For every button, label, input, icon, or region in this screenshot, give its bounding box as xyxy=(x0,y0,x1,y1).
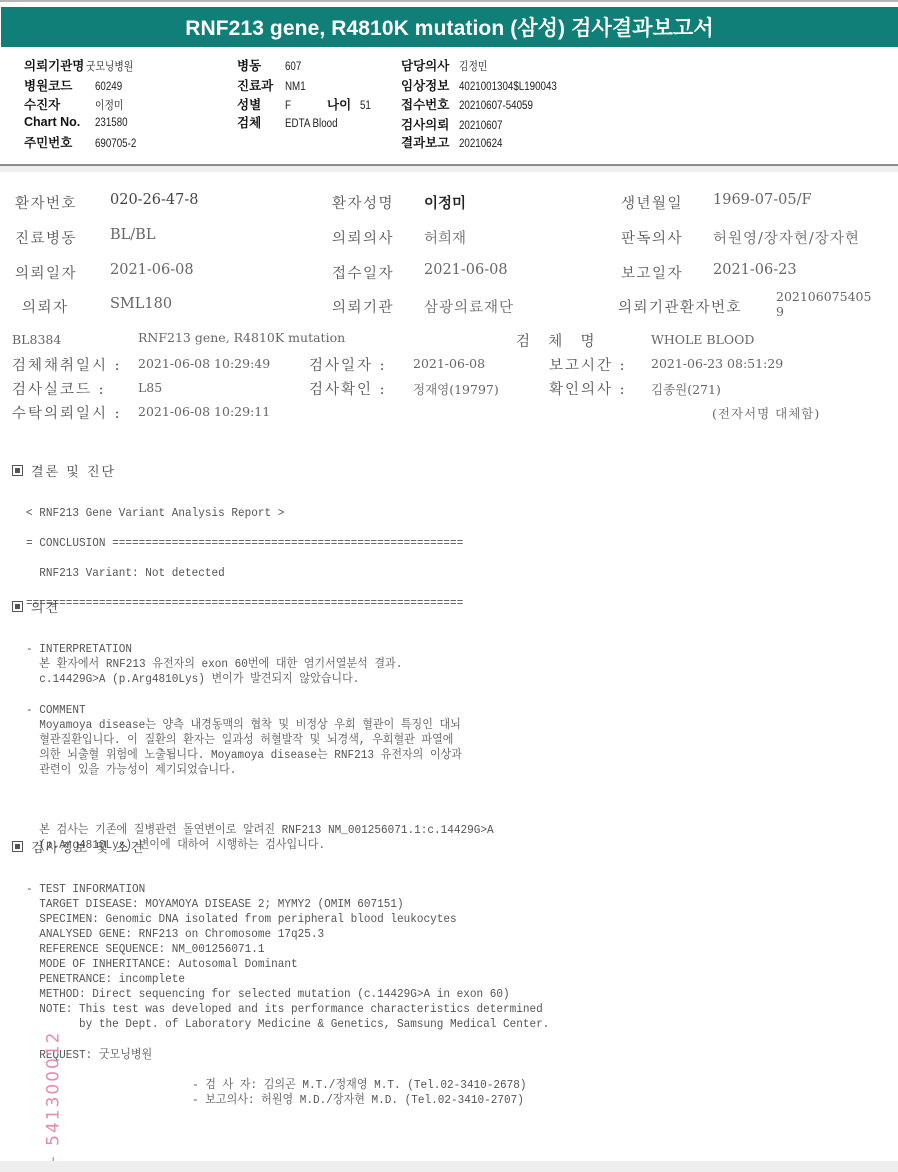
summary-info: 의뢰기관명 굿모닝병원 병원코드 60249 수진자 이정미 Chart No.… xyxy=(0,52,898,162)
summary-result-report: 결과보고 20210624 xyxy=(401,133,510,151)
section-opinion: 의견 xyxy=(12,597,60,616)
label-collection-time: 검체채취일시 : xyxy=(12,354,122,375)
esign-note: (전자서명 대체함) xyxy=(712,404,820,422)
interpretation-block: - INTERPRETATION 본 환자에서 RNF213 유전자의 exon… xyxy=(12,627,435,687)
section-conclusion: 결론 및 진단 xyxy=(12,461,116,480)
summary-chart-no: Chart No. 231580 xyxy=(24,115,133,129)
summary-sex: 성별 F xyxy=(237,95,292,113)
value-specimen-name: WHOLE BLOOD xyxy=(651,332,754,347)
label-ward: 진료병동 xyxy=(15,227,77,248)
section-box-icon xyxy=(12,465,23,476)
section-heading-conclusion: 결론 및 진단 xyxy=(12,461,116,480)
label-consignment-time: 수탁의뢰일시 : xyxy=(12,402,122,423)
summary-hospital-code: 병원코드 60249 xyxy=(24,76,127,94)
value-institution-patient-no: 202106075405 9 xyxy=(776,289,871,319)
value-birthdate: 1969-07-05/F xyxy=(713,192,812,208)
section-box-icon xyxy=(12,601,23,612)
value-reading-doctor: 허원영/장자현/장자현 xyxy=(713,227,860,248)
value-requester: SML180 xyxy=(110,296,172,312)
summary-ward: 병동 607 xyxy=(237,56,304,74)
value-report-time: 2021-06-23 08:51:29 xyxy=(651,356,783,371)
summary-accession-no: 접수번호 20210607-54059 xyxy=(401,95,546,113)
summary-dept: 진료과 NM1 xyxy=(237,76,309,94)
report-title: RNF213 gene, R4810K mutation (삼성) 검사결과보고… xyxy=(185,12,714,42)
value-patient-name: 이정미 xyxy=(424,192,466,213)
label-institution-patient-no: 의뢰기관환자번호 xyxy=(618,296,742,317)
label-requester: 의뢰자 xyxy=(22,296,69,317)
value-test-verifier: 정재영(19797) xyxy=(413,380,499,398)
label-receipt-date: 접수일자 xyxy=(332,262,394,283)
section-box-icon xyxy=(12,841,23,852)
comment-block: - COMMENT Moyamoya disease는 양측 내경동맥의 협착 … xyxy=(12,688,535,853)
value-test-date: 2021-06-08 xyxy=(413,356,485,371)
report-title-bar: RNF213 gene, R4810K mutation (삼성) 검사결과보고… xyxy=(1,7,898,47)
value-ward: BL/BL xyxy=(110,227,155,243)
value-lab-room-code: L85 xyxy=(138,380,162,395)
label-reading-doctor: 판독의사 xyxy=(621,227,683,248)
label-test-date: 검사일자 : xyxy=(309,354,387,375)
value-referring-doctor: 허희재 xyxy=(424,227,466,248)
signers-block: - 검 사 자: 김의곤 M.T./정재영 M.T. (Tel.02-3410-… xyxy=(178,1063,556,1108)
label-request-date: 의뢰일자 xyxy=(15,262,77,283)
summary-clinical-info: 임상정보 4021001304$L190043 xyxy=(401,76,574,94)
value-collection-time: 2021-06-08 10:29:49 xyxy=(138,356,270,371)
spacer xyxy=(12,793,535,808)
label-test-verifier: 검사확인 : xyxy=(309,378,387,399)
bottom-band xyxy=(0,1161,898,1172)
section-test-info: 검사정보 및 소견 xyxy=(12,837,145,856)
label-patient-name: 환자성명 xyxy=(332,192,394,213)
value-consignment-time: 2021-06-08 10:29:11 xyxy=(138,404,270,419)
divider-band xyxy=(0,166,898,172)
test-info-block: - TEST INFORMATION TARGET DISEASE: MOYAM… xyxy=(12,867,595,1032)
section-heading-opinion: 의견 xyxy=(12,597,60,616)
test-name: RNF213 gene, R4810K mutation xyxy=(138,330,345,345)
summary-test-request: 검사의뢰 20210607 xyxy=(401,115,510,133)
label-report-date: 보고일자 xyxy=(621,262,683,283)
summary-specimen: 검체 EDTA Blood xyxy=(237,113,347,131)
label-requesting-institution: 의뢰기관 xyxy=(332,296,394,317)
value-request-date: 2021-06-08 xyxy=(110,262,194,278)
document-watermark: + 541300012 xyxy=(44,1031,64,1170)
label-verifying-doctor: 확인의사 : xyxy=(549,378,627,399)
value-requesting-institution: 삼광의료재단 xyxy=(424,296,514,317)
summary-age: 나이 51 xyxy=(327,95,373,113)
label-patient-no: 환자번호 xyxy=(15,192,77,213)
summary-hospital-name: 의뢰기관명 굿모닝병원 xyxy=(24,56,142,74)
value-patient-no: 020-26-47-8 xyxy=(110,192,199,208)
value-report-date: 2021-06-23 xyxy=(713,262,797,278)
value-verifying-doctor: 김종원(271) xyxy=(651,380,721,398)
label-specimen-name: 검 체 명 xyxy=(516,330,597,351)
value-receipt-date: 2021-06-08 xyxy=(424,262,508,278)
conclusion-block: = CONCLUSION ===========================… xyxy=(12,521,502,611)
summary-patient: 수진자 이정미 xyxy=(24,95,128,113)
request-line: REQUEST: 굿모닝병원 xyxy=(12,1033,164,1063)
top-border xyxy=(0,0,898,2)
label-referring-doctor: 의뢰의사 xyxy=(332,227,394,248)
summary-resident-no: 주민번호 690705-2 xyxy=(24,133,144,151)
section-heading-test-info: 검사정보 및 소견 xyxy=(12,837,145,856)
label-report-time: 보고시간 : xyxy=(549,354,627,375)
report-title-line: < RNF213 Gene Variant Analysis Report > xyxy=(12,491,307,521)
label-birthdate: 생년월일 xyxy=(621,192,683,213)
test-code: BL8384 xyxy=(12,332,61,347)
label-lab-room-code: 검사실코드 : xyxy=(12,378,106,399)
summary-attending-doctor: 담당의사 김정민 xyxy=(401,56,492,74)
